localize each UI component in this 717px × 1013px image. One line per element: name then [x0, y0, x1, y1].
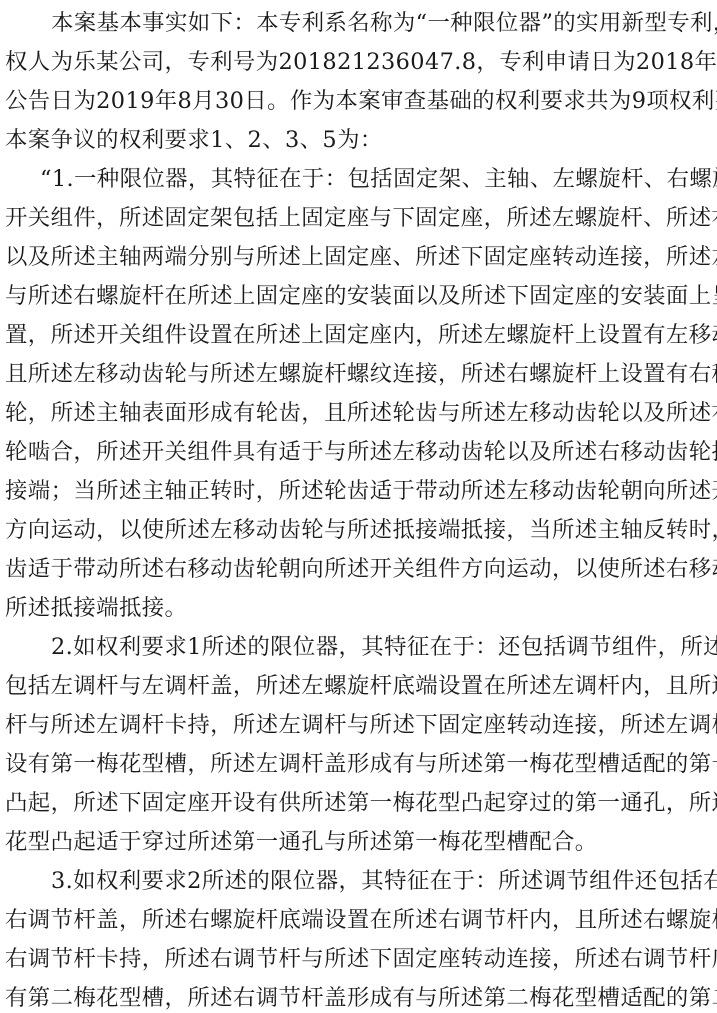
- claim-1-line: 以及所述主轴两端分别与所述上固定座、所述下固定座转动连接，所述左螺旋杆: [5, 242, 713, 272]
- paragraph-line: 本案基本事实如下：本专利系名称为“一种限位器”的实用新型专利，专利: [51, 8, 713, 38]
- claim-2-line: 杆与所述左调杆卡持，所述左调杆与所述下固定座转动连接，所述左调杆底端开: [5, 710, 713, 740]
- claim-1-line: “1.一种限位器，其特征在于：包括固定架、主轴、左螺旋杆、右螺旋杆与: [40, 164, 713, 194]
- claim-2-line: 包括左调杆与左调杆盖，所述左螺旋杆底端设置在所述左调杆内，且所述左螺旋: [5, 671, 713, 701]
- claim-2-line: 2.如权利要求1所述的限位器，其特征在于：还包括调节组件，所述调节组件: [51, 632, 713, 662]
- paragraph-line: 公告日为2019年8月30日。作为本案审查基础的权利要求共为9项权利要求，其中: [5, 86, 713, 116]
- claim-1-line: 齿适于带动所述右移动齿轮朝向所述开关组件方向运动，以使所述右移动齿轮与: [5, 554, 713, 584]
- claim-2-line: 设有第一梅花型槽，所述左调杆盖形成有与所述第一梅花型槽适配的第一梅花型: [5, 749, 713, 779]
- claim-2-line: 凸起，所述下固定座开设有供所述第一梅花型凸起穿过的第一通孔，所述第一梅: [5, 788, 713, 818]
- claim-2-line: 花型凸起适于穿过所述第一通孔与所述第一梅花型槽配合。: [5, 827, 713, 857]
- claim-3-line: 右调节杆卡持，所述右调节杆与所述下固定座转动连接，所述右调节杆底端开设: [5, 944, 713, 974]
- claim-1-line: 置，所述开关组件设置在所述上固定座内，所述左螺旋杆上设置有左移动齿轮，: [5, 320, 713, 350]
- claim-3-line: 3.如权利要求2所述的限位器，其特征在于：所述调节组件还包括右调节杆与: [51, 866, 713, 896]
- claim-1-line: 轮，所述主轴表面形成有轮齿，且所述轮齿与所述左移动齿轮以及所述右移动齿: [5, 398, 713, 428]
- claim-1-line: 与所述右螺旋杆在所述上固定座的安装面以及所述下固定座的安装面上呈对角设: [5, 281, 713, 311]
- paragraph-line: 本案争议的权利要求1、2、3、5为：: [5, 125, 713, 155]
- claim-1-line: 接端；当所述主轴正转时，所述轮齿适于带动所述左移动齿轮朝向所述开关组件: [5, 476, 713, 506]
- claim-1-line: 轮啮合，所述开关组件具有适于与所述左移动齿轮以及所述右移动齿轮抵接的抵: [5, 437, 713, 467]
- paragraph-line: 权人为乐某公司，专利号为201821236047.8，专利申请日为2018年8月…: [5, 47, 713, 77]
- claim-3-line: 有第二梅花型槽，所述右调节杆盖形成有与所述第二梅花型槽适配的第二梅花型: [5, 983, 713, 1013]
- claim-1-line: 方向运动，以使所述左移动齿轮与所述抵接端抵接，当所述主轴反转时，所述轮: [5, 515, 713, 545]
- claim-1-line: 开关组件，所述固定架包括上固定座与下固定座，所述左螺旋杆、所述右螺旋杆: [5, 203, 713, 233]
- claim-3-line: 右调节杆盖，所述右螺旋杆底端设置在所述右调节杆内，且所述右螺旋杆与所述: [5, 905, 713, 935]
- claim-1-line: 所述抵接端抵接。: [5, 593, 713, 623]
- document-page: 本案基本事实如下：本专利系名称为“一种限位器”的实用新型专利，专利 权人为乐某公…: [0, 0, 717, 1013]
- claim-1-line: 且所述左移动齿轮与所述左螺旋杆螺纹连接，所述右螺旋杆上设置有右移动齿: [5, 359, 713, 389]
